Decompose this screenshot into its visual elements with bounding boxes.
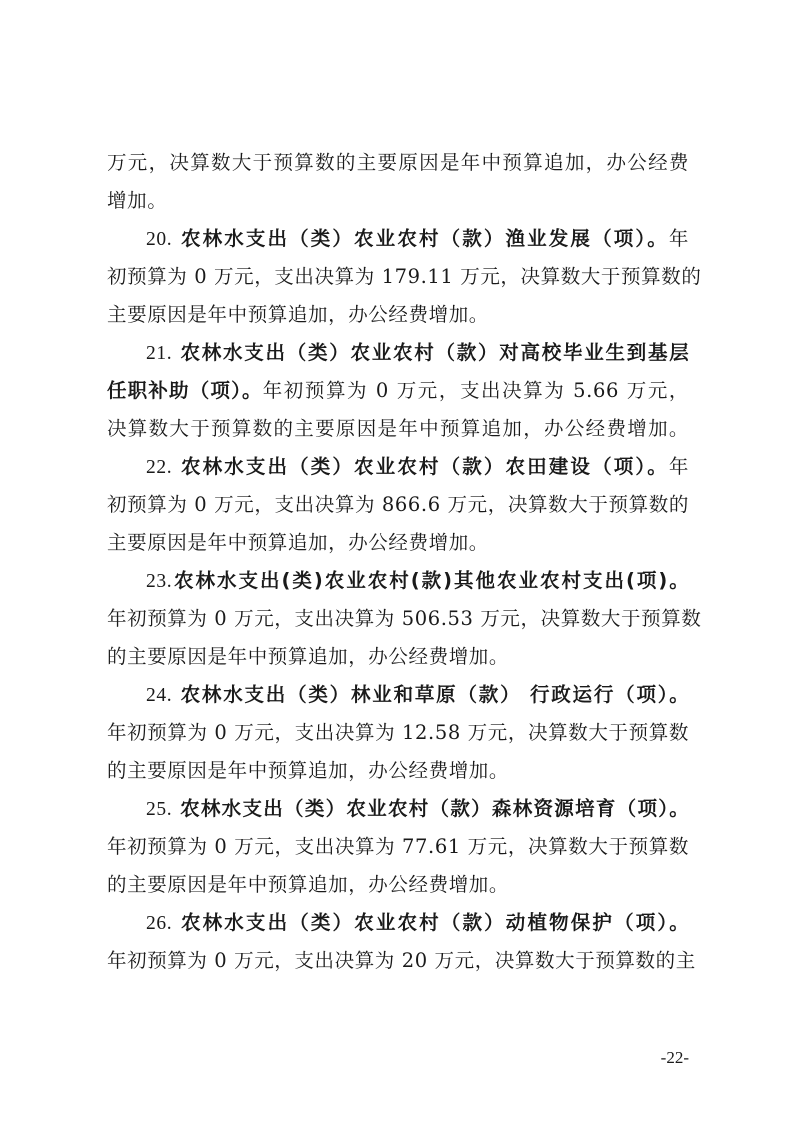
item-20-body-line-2: 主要原因是年中预算追加，办公经费增加。 bbox=[107, 302, 689, 328]
item-text: 年 bbox=[669, 455, 689, 478]
item-number: 23. bbox=[146, 571, 172, 592]
item-heading: 农林水支出(类)农业农村(款)其他农业农村支出(项)。 bbox=[172, 569, 689, 592]
item-number: 20. bbox=[146, 229, 172, 250]
item-24-heading-line: 24. 农林水支出（类）林业和草原（款） 行政运行（项）。 bbox=[146, 682, 689, 708]
item-22-body-line-2: 主要原因是年中预算追加，办公经费增加。 bbox=[107, 530, 689, 556]
continuation-line-2: 增加。 bbox=[107, 188, 689, 214]
item-23-heading-line: 23.农林水支出(类)农业农村(款)其他农业农村支出(项)。 bbox=[146, 568, 689, 594]
item-26-heading-line: 26. 农林水支出（类）农业农村（款）动植物保护（项）。 bbox=[146, 910, 689, 936]
item-number: 24. bbox=[146, 685, 172, 706]
item-number: 21. bbox=[146, 343, 172, 364]
item-text: 年 bbox=[669, 227, 689, 250]
item-text: 年初预算为 0 万元，支出决算为 5.66 万元， bbox=[263, 379, 689, 402]
item-25-heading-line: 25. 农林水支出（类）农业农村（款）森林资源培育（项）。 bbox=[146, 796, 689, 822]
document-page: 万元，决算数大于预算数的主要原因是年中预算追加，办公经费 增加。 20. 农林水… bbox=[0, 0, 793, 1122]
item-heading: 农林水支出（类）农业农村（款）渔业发展（项）。 bbox=[181, 227, 669, 250]
item-21-body-line-1: 决算数大于预算数的主要原因是年中预算追加，办公经费增加。 bbox=[107, 416, 689, 442]
item-23-body-line-1: 年初预算为 0 万元，支出决算为 506.53 万元，决算数大于预算数 bbox=[107, 606, 689, 632]
item-21-heading-line-2: 任职补助（项）。年初预算为 0 万元，支出决算为 5.66 万元， bbox=[107, 378, 689, 404]
page-number: -22- bbox=[661, 1048, 689, 1068]
item-25-body-line-2: 的主要原因是年中预算追加，办公经费增加。 bbox=[107, 872, 689, 898]
item-26-body-line-1: 年初预算为 0 万元，支出决算为 20 万元，决算数大于预算数的主 bbox=[107, 948, 689, 974]
item-24-body-line-1: 年初预算为 0 万元，支出决算为 12.58 万元，决算数大于预算数 bbox=[107, 720, 689, 746]
item-20-body-line-1: 初预算为 0 万元，支出决算为 179.11 万元，决算数大于预算数的 bbox=[107, 264, 689, 290]
item-25-body-line-1: 年初预算为 0 万元，支出决算为 77.61 万元，决算数大于预算数 bbox=[107, 834, 689, 860]
item-21-heading-line: 21. 农林水支出（类）农业农村（款）对高校毕业生到基层 bbox=[146, 340, 689, 366]
item-heading: 农林水支出（类）农业农村（款）对高校毕业生到基层 bbox=[181, 341, 689, 364]
item-heading: 农林水支出（类）农业农村（款）动植物保护（项）。 bbox=[181, 911, 689, 934]
continuation-line-1: 万元，决算数大于预算数的主要原因是年中预算追加，办公经费 bbox=[107, 150, 689, 176]
item-number: 22. bbox=[146, 457, 172, 478]
item-heading: 农林水支出（类）农业农村（款）森林资源培育（项）。 bbox=[180, 797, 689, 820]
item-23-body-line-2: 的主要原因是年中预算追加，办公经费增加。 bbox=[107, 644, 689, 670]
item-number: 26. bbox=[146, 913, 172, 934]
item-22-heading-line: 22. 农林水支出（类）农业农村（款）农田建设（项）。年 bbox=[146, 454, 689, 480]
item-24-body-line-2: 的主要原因是年中预算追加，办公经费增加。 bbox=[107, 758, 689, 784]
item-number: 25. bbox=[146, 799, 172, 820]
item-20-heading-line: 20. 农林水支出（类）农业农村（款）渔业发展（项）。年 bbox=[146, 226, 689, 252]
item-22-body-line-1: 初预算为 0 万元，支出决算为 866.6 万元，决算数大于预算数的 bbox=[107, 492, 689, 518]
item-heading: 农林水支出（类）林业和草原（款） 行政运行（项）。 bbox=[181, 683, 689, 706]
item-heading: 农林水支出（类）农业农村（款）农田建设（项）。 bbox=[181, 455, 669, 478]
item-heading-continued: 任职补助（项）。 bbox=[107, 379, 263, 402]
